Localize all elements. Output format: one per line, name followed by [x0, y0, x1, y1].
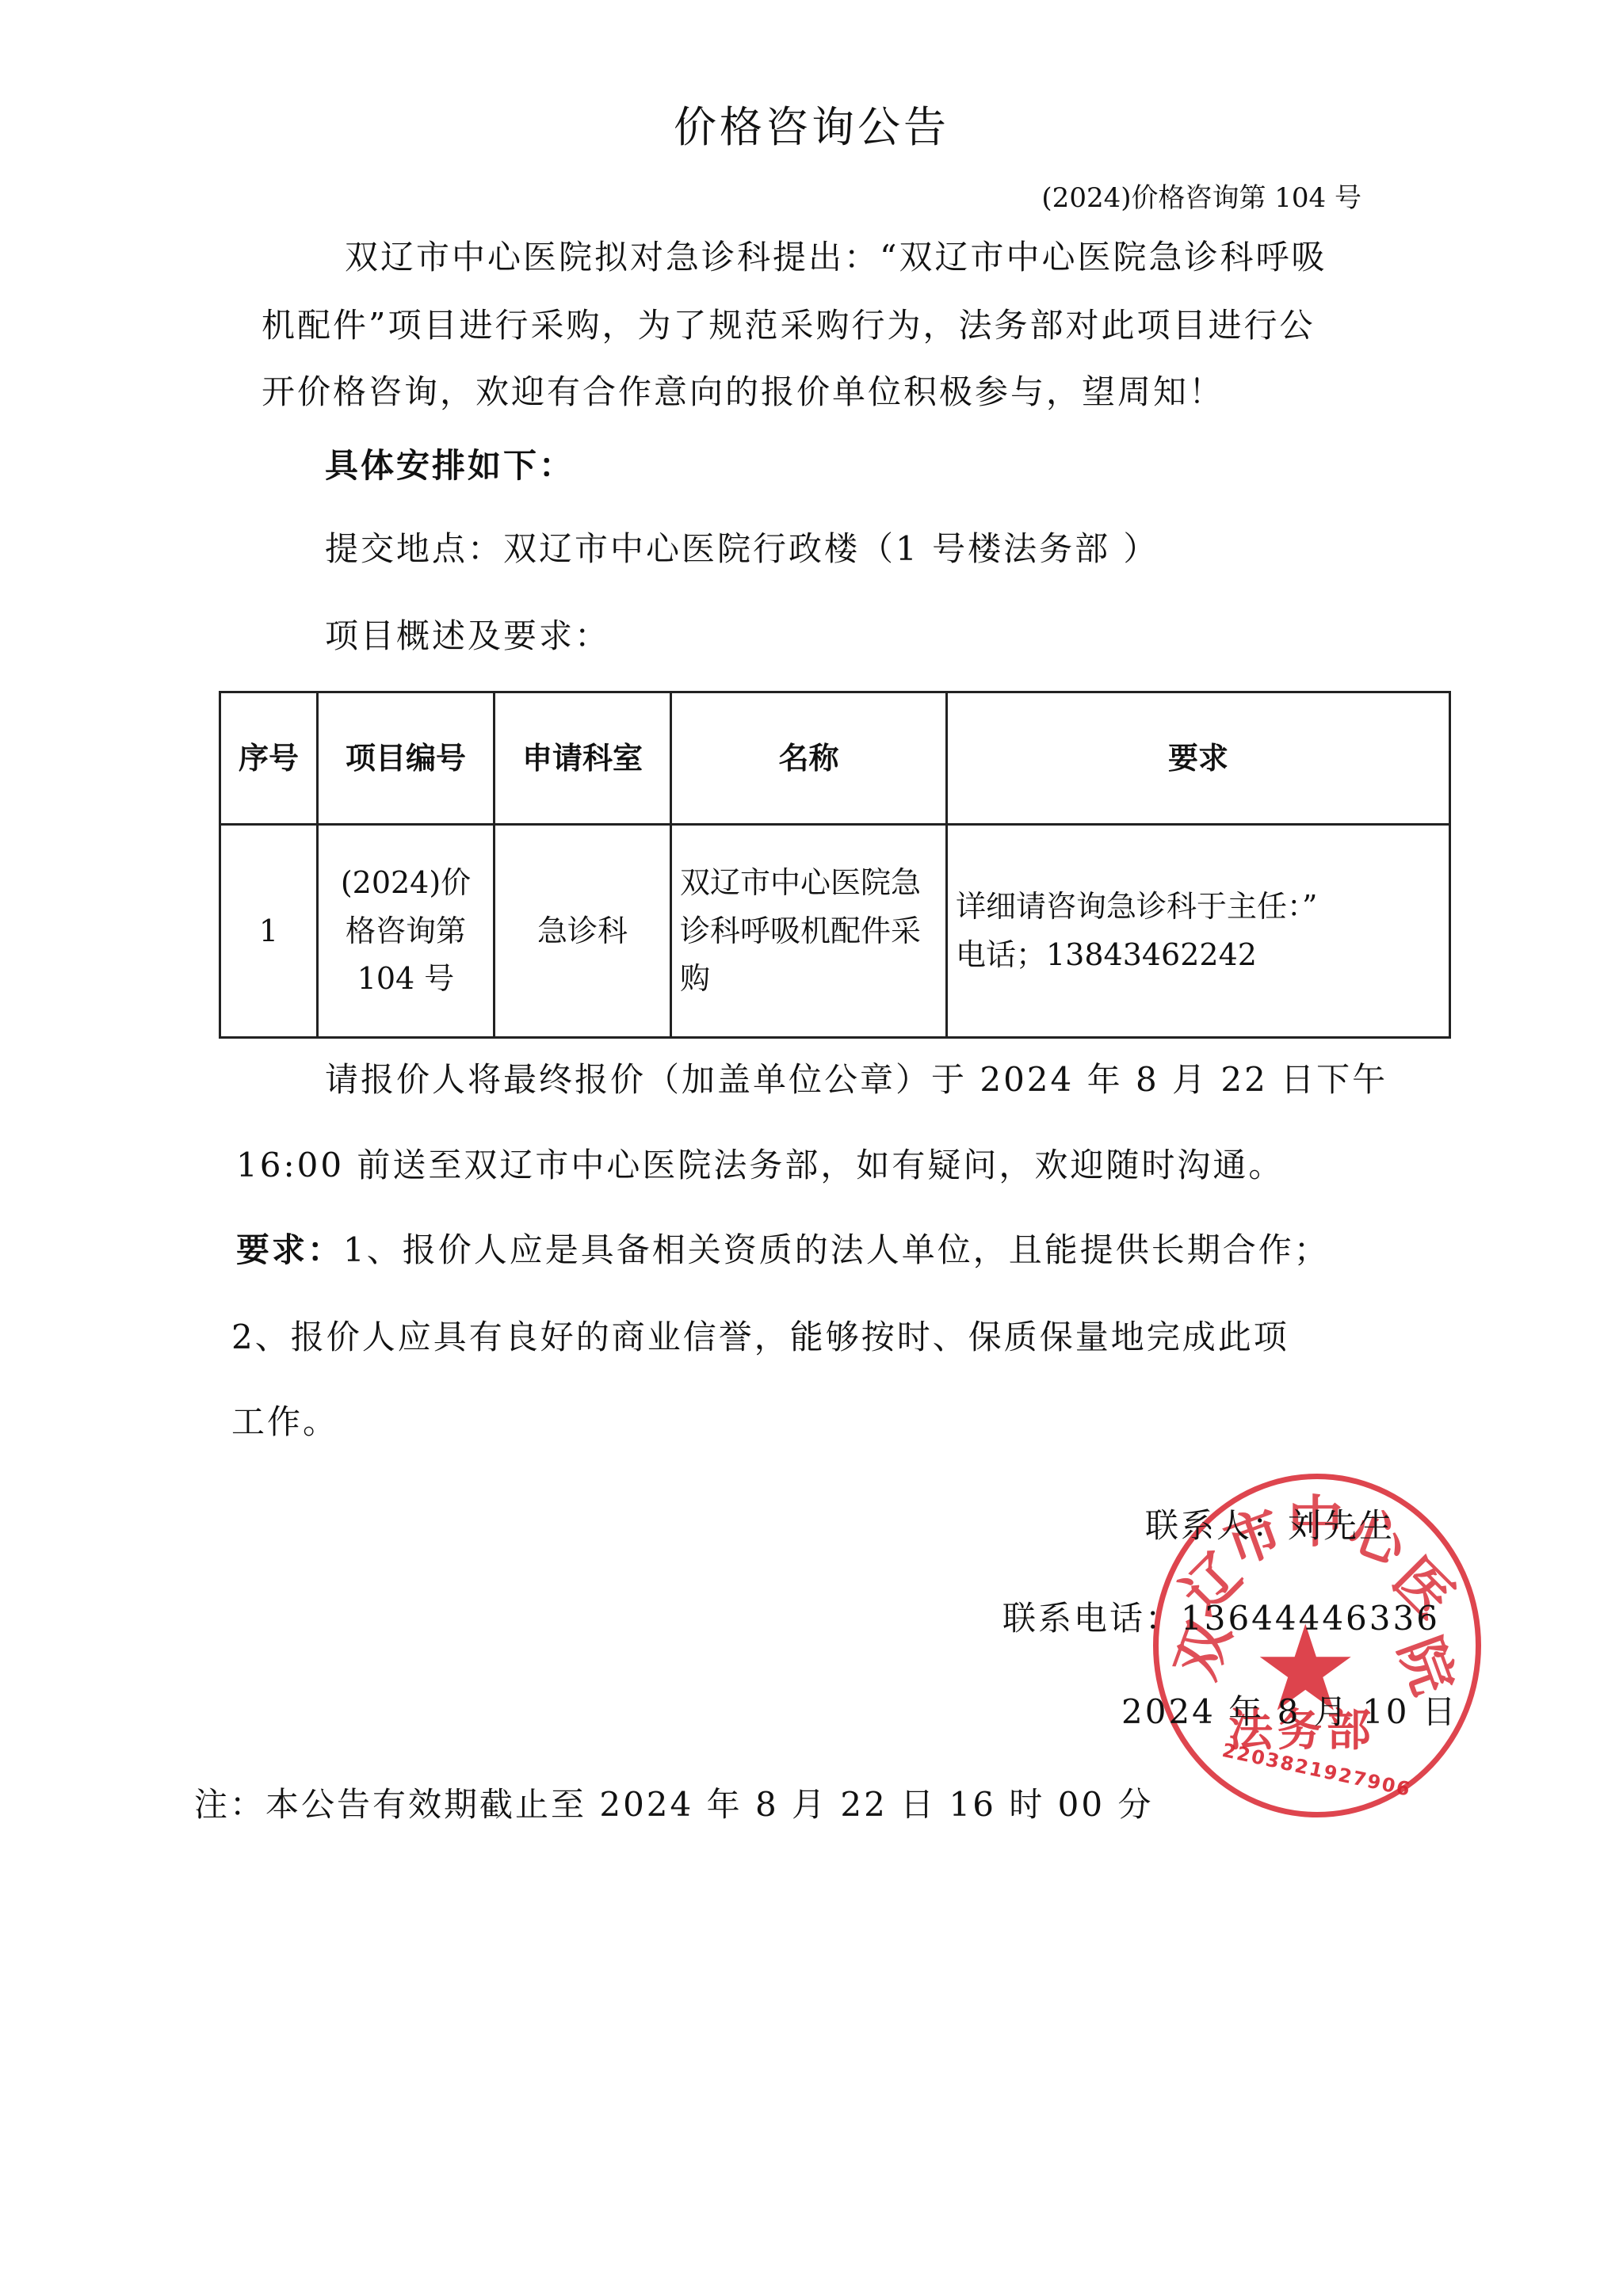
requirement-phone: 电话；13843462242	[956, 931, 1441, 979]
contact-phone: 联系电话：13644446336	[1002, 1592, 1440, 1640]
intro-line-1: 双辽市中心医院拟对急诊科提出：“双辽市中心医院急诊科呼吸	[345, 231, 1327, 279]
requirement-item-2: 2、报价人应具有良好的商业信誉，能够按时、保质保量地完成此项	[231, 1311, 1289, 1359]
requirements-line-1: 要求：1、报价人应是具备相关资质的法人单位，且能提供长期合作；	[236, 1224, 1330, 1272]
document-number: (2024)价格咨询第 104 号	[1041, 176, 1361, 215]
arrangement-heading: 具体安排如下：	[325, 440, 575, 487]
instruction-line-1: 请报价人将最终报价（加盖单位公章）于 2024 年 8 月 22 日下午	[325, 1054, 1388, 1101]
requirement-contact: 详细请咨询急诊科于主任：”	[956, 883, 1441, 931]
cell-name: 双辽市中心医院急诊科呼吸机配件采购	[671, 825, 947, 1038]
overview-heading: 项目概述及要求：	[325, 610, 610, 658]
cell-project-no: (2024)价格咨询第 104 号	[318, 825, 495, 1038]
table-row: 1 (2024)价格咨询第 104 号 急诊科 双辽市中心医院急诊科呼吸机配件采…	[220, 825, 1450, 1038]
header-index: 序号	[220, 692, 318, 825]
header-department: 申请科室	[495, 692, 671, 825]
requirement-item-1: 1、报价人应是具备相关资质的法人单位，且能提供长期合作；	[343, 1230, 1330, 1269]
validity-note: 注：本公告有效期截止至 2024 年 8 月 22 日 16 时 00 分	[194, 1779, 1153, 1826]
page-title: 价格咨询公告	[674, 93, 949, 154]
submit-location: 提交地点：双辽市中心医院行政楼（1 号楼法务部 ）	[325, 523, 1159, 570]
requirement-item-2-cont: 工作。	[231, 1396, 338, 1444]
header-project-no: 项目编号	[318, 692, 495, 825]
contact-date: 2024 年 8 月 10 日	[1121, 1686, 1458, 1733]
contact-person: 联系人：刘先生	[1145, 1500, 1395, 1547]
header-name: 名称	[671, 692, 947, 825]
requirements-label: 要求：	[236, 1230, 343, 1269]
table-header-row: 序号 项目编号 申请科室 名称 要求	[220, 692, 1450, 825]
cell-requirement: 详细请咨询急诊科于主任：” 电话；13843462242	[947, 825, 1450, 1038]
project-table: 序号 项目编号 申请科室 名称 要求 1 (2024)价格咨询第 104 号 急…	[219, 691, 1451, 1039]
instruction-line-2: 16:00 前送至双辽市中心医院法务部，如有疑问，欢迎随时沟通。	[236, 1139, 1284, 1187]
intro-line-2: 机配件”项目进行采购，为了规范采购行为，法务部对此项目进行公	[262, 299, 1315, 347]
header-requirement: 要求	[947, 692, 1450, 825]
intro-line-3: 开价格咨询，欢迎有合作意向的报价单位积极参与，望周知！	[262, 366, 1224, 414]
cell-index: 1	[220, 825, 318, 1038]
cell-department: 急诊科	[495, 825, 671, 1038]
